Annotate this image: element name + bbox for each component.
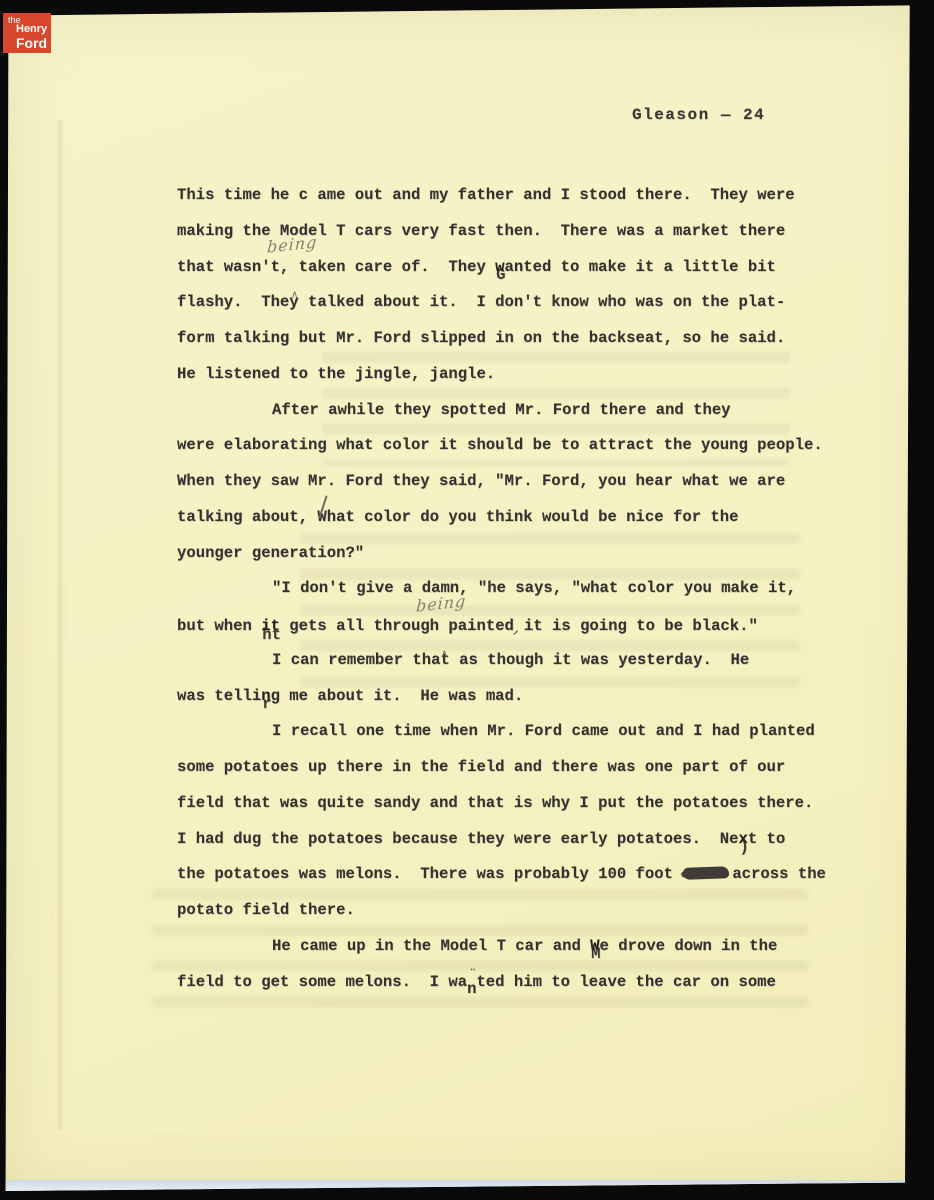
typed-line: talking about, What color do you think w… (177, 500, 857, 536)
paper-sheet: Gleason — 24 This time he c ame out and … (0, 0, 934, 1200)
overstruck-text: it (261, 617, 280, 635)
typed-line: field to get some melons. I wanted him t… (177, 965, 857, 1001)
inked-out-word (683, 866, 729, 880)
overstruck-text: n (261, 687, 270, 705)
handwritten-mark: , (511, 609, 527, 646)
caret-mark: ∧ (440, 636, 448, 672)
typed-line: some potatoes up there in the field and … (177, 750, 857, 786)
typed-line: potato field there. (177, 893, 857, 929)
typed-line: but when it gets all through being∧paint… (177, 607, 857, 643)
henry-ford-logo: the Henry Ford (3, 13, 51, 53)
caret-mark: ∧ (291, 277, 299, 313)
overstruck-text: W (590, 937, 599, 955)
typed-body: This time he c ame out and my father and… (177, 178, 857, 1000)
typed-line: When they saw Mr. Ford they said, "Mr. F… (177, 464, 857, 500)
typed-line: field that was quite sandy and that is w… (177, 786, 857, 822)
typed-line: were elaborating what color it should be… (177, 428, 857, 464)
typed-line: the potatoes was melons. There was proba… (177, 857, 857, 893)
slashed-letter: W (317, 500, 326, 536)
logo-text-henry: Henry (16, 24, 47, 35)
scanned-document-page: { "colors": { "background": "#0a0a0a", "… (0, 0, 934, 1200)
typed-line: was telling me about it. He was mad. (177, 679, 857, 715)
handwritten-word: being (266, 224, 319, 265)
typed-line: After awhile they spotted Mr. Ford there… (177, 393, 857, 429)
typed-line: form talking but Mr. Ford slipped in on … (177, 321, 857, 357)
dropped-letter: n (467, 972, 476, 1008)
typed-line: He listened to the jingle, jangle. (177, 357, 857, 393)
typed-line: younger generation?" (177, 536, 857, 572)
page-header: Gleason — 24 (632, 106, 765, 124)
typed-line: I had dug the potatoes because they were… (177, 822, 857, 858)
paper-crease (56, 120, 64, 1130)
photo-background: Gleason — 24 This time he c ame out and … (0, 0, 934, 1200)
logo-text-ford: Ford (16, 36, 47, 50)
handwritten-word: being (415, 583, 468, 624)
typed-line: I recall one time when Mr. Ford came out… (177, 714, 857, 750)
typed-line: that wasn't, being∧taken care of. They w… (177, 250, 857, 286)
overstruck-text: x (738, 830, 747, 848)
typed-line: "I don't give a damn, "he says, "what co… (177, 571, 857, 607)
overstruck-text: w (495, 258, 504, 276)
typed-line: This time he c ame out and my father and… (177, 178, 857, 214)
typed-line: flashy. They talked about it. I don't kn… (177, 285, 857, 321)
typed-line: He came up in the Model T car and We dro… (177, 929, 857, 965)
